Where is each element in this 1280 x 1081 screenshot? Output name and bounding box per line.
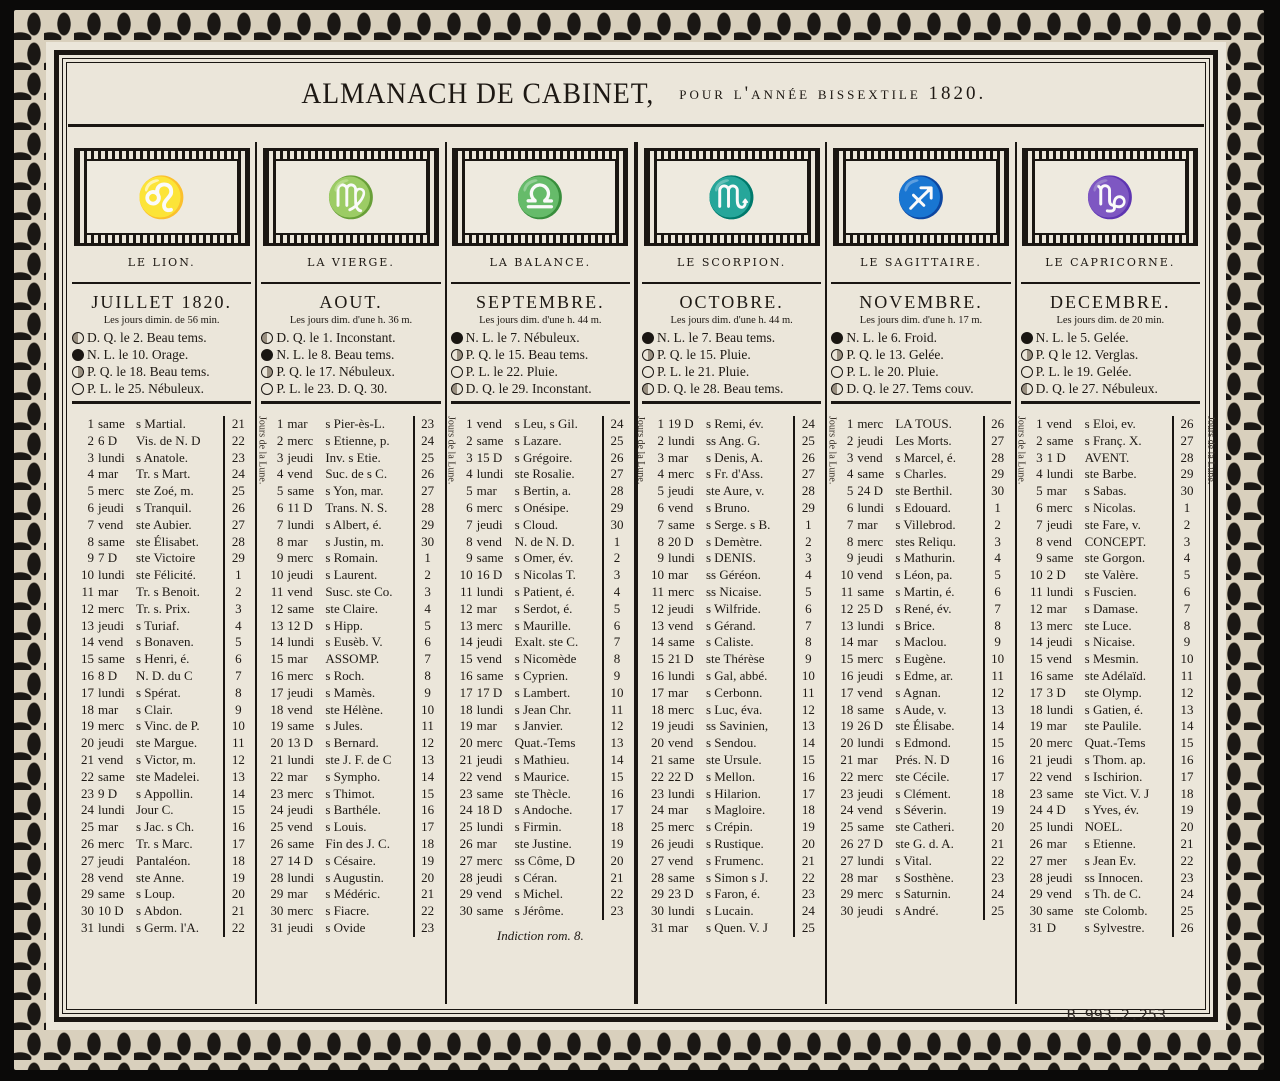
day-number: 3	[451, 450, 477, 467]
weekday: lundi	[477, 466, 515, 483]
moon-day: 25	[604, 433, 630, 450]
weekday: same	[1047, 433, 1085, 450]
moon-day: 4	[795, 567, 821, 584]
day-number: 28	[831, 870, 857, 887]
day-row: 28 mar s Sosthène.	[831, 870, 982, 887]
moon-day: 14	[985, 718, 1011, 735]
virgo-icon: ♍	[274, 159, 428, 235]
day-number: 19	[72, 718, 98, 735]
day-row: 30 same ste Colomb.	[1021, 903, 1172, 920]
weekday: merc	[857, 651, 895, 668]
weekday: same	[287, 601, 325, 618]
moon-day: 21	[604, 870, 630, 887]
weekday: vend	[1047, 769, 1085, 786]
moon-nl-icon	[451, 332, 463, 344]
day-row: 10 2 D ste Valère.	[1021, 567, 1172, 584]
moon-day: 22	[795, 870, 821, 887]
weekday: lundi	[857, 853, 895, 870]
saint-name: ste Berthil.	[895, 483, 982, 500]
day-number: 10	[642, 567, 668, 584]
moon-day: 3	[1174, 534, 1200, 551]
saint-name: s Roch.	[325, 668, 412, 685]
day-row: 5 24 D ste Berthil.	[831, 483, 982, 500]
moon-phase-text: N. L. le 7. Beau tems.	[657, 329, 775, 346]
day-number: 4	[1021, 466, 1047, 483]
day-number: 26	[642, 836, 668, 853]
weekday: jeudi	[857, 550, 895, 567]
day-number: 21	[261, 752, 287, 769]
moon-phase-row: P. Q. le 15. Pluie.	[642, 346, 821, 363]
saint-name: s Eloi, ev.	[1085, 416, 1172, 433]
day-row: 28 vend ste Anne.	[72, 870, 223, 887]
saint-name: s Gérand.	[706, 618, 793, 635]
saint-name: Prés. N. D	[895, 752, 982, 769]
saint-name: s Hipp.	[325, 618, 412, 635]
day-row: 26 same Fin des J. C.	[261, 836, 412, 853]
saint-name: Trans. N. S.	[325, 500, 412, 517]
moon-phase-row: D. Q. le 28. Beau tems.	[642, 380, 821, 397]
day-number: 23	[1021, 786, 1047, 803]
zodiac-vignette: ♌	[74, 148, 250, 246]
moon-phase-row: D. Q. le 29. Inconstant.	[451, 380, 630, 397]
saint-name: s Thimot.	[325, 786, 412, 803]
moon-day: 12	[225, 752, 251, 769]
day-number: 12	[451, 601, 477, 618]
moon-day-list: 2627282930123456789101112131415161718192…	[985, 416, 1011, 920]
day-row: 26 27 D ste G. d. A.	[831, 836, 982, 853]
weekday: same	[287, 718, 325, 735]
day-number: 15	[642, 651, 668, 668]
day-number: 27	[1021, 853, 1047, 870]
day-row: 11 mar Tr. s Benoit.	[72, 584, 223, 601]
saint-name: s Bonaven.	[136, 634, 223, 651]
saint-name: ste Félicité.	[136, 567, 223, 584]
moon-day: 24	[795, 903, 821, 920]
moon-day: 10	[795, 668, 821, 685]
zodiac-sign-name: LE CAPRICORNE.	[1021, 256, 1200, 284]
saint-name: s Clément.	[895, 786, 982, 803]
day-number: 20	[451, 735, 477, 752]
day-number: 30	[72, 903, 98, 920]
moon-dq-icon	[261, 332, 273, 344]
weekday: vend	[477, 886, 515, 903]
moon-day: 26	[795, 450, 821, 467]
day-number: 3	[261, 450, 287, 467]
moon-dq-icon	[642, 383, 654, 395]
saint-name: s Demètre.	[706, 534, 793, 551]
weekday: lundi	[477, 819, 515, 836]
moon-phase-row: N. L. le 7. Beau tems.	[642, 329, 821, 346]
saint-name: s Serge. s B.	[706, 517, 793, 534]
moon-day: 28	[604, 483, 630, 500]
saint-name: s Médéric.	[325, 886, 412, 903]
day-row: 1 merc LA TOUS.	[831, 416, 982, 433]
day-row: 7 lundi s Albert, é.	[261, 517, 412, 534]
moon-day: 29	[415, 517, 441, 534]
day-number: 11	[642, 584, 668, 601]
moon-day: 12	[1174, 685, 1200, 702]
weekday: same	[98, 886, 136, 903]
moon-phase-text: D. Q. le 28. Beau tems.	[657, 380, 783, 397]
weekday: 25 D	[857, 601, 895, 618]
day-number: 26	[261, 836, 287, 853]
day-number: 18	[642, 702, 668, 719]
moon-day: 28	[795, 483, 821, 500]
saint-name: ASSOMP.	[325, 651, 412, 668]
day-number: 20	[261, 735, 287, 752]
weekday: vend	[477, 651, 515, 668]
moon-day: 5	[795, 584, 821, 601]
moon-day: 10	[415, 702, 441, 719]
day-row: 8 20 D s Demètre.	[642, 534, 793, 551]
day-number: 4	[72, 466, 98, 483]
moon-phase-row: N. L. le 5. Gelée.	[1021, 329, 1200, 346]
saint-name: s Turiaf.	[136, 618, 223, 635]
moon-phase-row: D. Q. le 27. Tems couv.	[831, 380, 1010, 397]
moon-phase-text: P. L. le 25. Nébuleux.	[87, 380, 204, 397]
weekday: same	[857, 466, 895, 483]
day-row: 23 9 D s Appollin.	[72, 786, 223, 803]
saint-name: ste Anne.	[136, 870, 223, 887]
saint-name: s Frumenc.	[706, 853, 793, 870]
day-table: 1 mar s Pier-ès-L. 2 merc s Etienne, p. …	[261, 416, 440, 937]
saint-name: s Bertin, a.	[515, 483, 602, 500]
month-name: SEPTEMBRE.	[451, 292, 630, 313]
day-row: 31 mar s Quen. V. J	[642, 920, 793, 937]
page-title: ALMANACH DE CABINET,	[301, 77, 654, 111]
day-number: 2	[1021, 433, 1047, 450]
moon-phase-row: D. Q. le 2. Beau tems.	[72, 329, 251, 346]
moon-phase-row: P. Q. le 18. Beau tems.	[72, 363, 251, 380]
moon-pq-icon	[451, 349, 463, 361]
moon-dq-icon	[1021, 383, 1033, 395]
day-row: 31 lundi s Germ. l'A.	[72, 920, 223, 937]
weekday: jeudi	[857, 433, 895, 450]
weekday: jeudi	[98, 853, 136, 870]
moon-phase-text: N. L. le 10. Orage.	[87, 346, 188, 363]
month-name: OCTOBRE.	[642, 292, 821, 313]
weekday: lundi	[857, 500, 895, 517]
saint-name: s Maurille.	[515, 618, 602, 635]
day-number: 1	[261, 416, 287, 433]
weekday: 21 D	[668, 651, 706, 668]
moon-day: 1	[415, 550, 441, 567]
moon-dq-icon	[72, 332, 84, 344]
weekday: merc	[668, 819, 706, 836]
day-number: 18	[261, 702, 287, 719]
day-number: 30	[1021, 903, 1047, 920]
saint-name: s Yves, év.	[1085, 802, 1172, 819]
moon-day: 14	[225, 786, 251, 803]
moon-day: 28	[415, 500, 441, 517]
day-row: 14 mar s Maclou.	[831, 634, 982, 651]
day-row: 1 mar s Pier-ès-L.	[261, 416, 412, 433]
day-number: 16	[451, 668, 477, 685]
moon-day: 15	[1174, 735, 1200, 752]
saint-name: s Eugène.	[895, 651, 982, 668]
day-row: 4 merc s Fr. d'Ass.	[642, 466, 793, 483]
day-row: 30 lundi s Lucain.	[642, 903, 793, 920]
moon-phases: D. Q. le 2. Beau tems. N. L. le 10. Orag…	[72, 329, 251, 404]
day-row: 9 merc s Romain.	[261, 550, 412, 567]
weekday: 4 D	[1047, 802, 1085, 819]
zodiac-glyph: ♎	[515, 174, 565, 221]
day-number: 24	[72, 802, 98, 819]
moon-day: 29	[795, 500, 821, 517]
day-number: 8	[1021, 534, 1047, 551]
saint-name: s Cyprien.	[515, 668, 602, 685]
day-number: 29	[642, 886, 668, 903]
weekday: jeudi	[668, 836, 706, 853]
saint-name: s Omer, év.	[515, 550, 602, 567]
moon-day: 13	[795, 718, 821, 735]
weekday: lundi	[1047, 702, 1085, 719]
day-table: 1 merc LA TOUS. 2 jeudi Les Morts. 3 ven…	[831, 416, 1010, 920]
weekday: merc	[477, 618, 515, 635]
day-row: 15 mar ASSOMP.	[261, 651, 412, 668]
weekday: lundi	[98, 685, 136, 702]
weekday: same	[98, 534, 136, 551]
day-number: 27	[642, 853, 668, 870]
saint-name: ste G. d. A.	[895, 836, 982, 853]
saint-name: s Onésipe.	[515, 500, 602, 517]
day-number: 20	[831, 735, 857, 752]
saint-name: s Lazare.	[515, 433, 602, 450]
moon-day: 24	[795, 416, 821, 433]
weekday: lundi	[668, 903, 706, 920]
moon-day: 5	[225, 634, 251, 651]
saint-name: AVENT.	[1085, 450, 1172, 467]
day-row: 1 vend s Leu, s Gil.	[451, 416, 602, 433]
weekday: mar	[1047, 718, 1085, 735]
saint-name: s Maclou.	[895, 634, 982, 651]
day-row: 15 merc s Eugène.	[831, 651, 982, 668]
weekday: jeudi	[287, 802, 325, 819]
weekday: mar	[98, 584, 136, 601]
moon-day: 9	[415, 685, 441, 702]
moon-day-list: 2425262728293012345678910111213141516171…	[604, 416, 630, 920]
day-table: 1 vend s Leu, s Gil. 2 same s Lazare. 3 …	[451, 416, 630, 920]
day-row: 4 mar Tr. s Mart.	[72, 466, 223, 483]
moon-day: 15	[985, 735, 1011, 752]
day-number: 1	[831, 416, 857, 433]
weekday: 11 D	[287, 500, 325, 517]
saint-name: s Césaire.	[325, 853, 412, 870]
weekday: same	[1047, 668, 1085, 685]
weekday: jeudi	[477, 752, 515, 769]
moon-day: 20	[225, 886, 251, 903]
day-row: 29 vend s Th. de C.	[1021, 886, 1172, 903]
day-row: 12 mar s Serdot, é.	[451, 601, 602, 618]
weekday: same	[98, 416, 136, 433]
day-row: 19 same s Jules.	[261, 718, 412, 735]
moon-day: 20	[415, 870, 441, 887]
moon-day: 20	[985, 819, 1011, 836]
saint-name: s Firmin.	[515, 819, 602, 836]
day-length-note: Les jours dim. d'une h. 17 m.	[831, 315, 1010, 326]
day-row: 13 merc ste Luce.	[1021, 618, 1172, 635]
moon-day: 10	[1174, 651, 1200, 668]
weekday: lundi	[98, 920, 136, 937]
day-number: 9	[261, 550, 287, 567]
saint-name: s Edmond.	[895, 735, 982, 752]
moon-phase-text: D. Q. le 1. Inconstant.	[276, 329, 395, 346]
lion-icon: ♌	[85, 159, 239, 235]
saint-name: s Vinc. de P.	[136, 718, 223, 735]
moon-day: 7	[225, 668, 251, 685]
saint-name: ss Géréon.	[706, 567, 793, 584]
day-number: 26	[72, 836, 98, 853]
weekday: 23 D	[668, 886, 706, 903]
day-row: 24 4 D s Yves, év.	[1021, 802, 1172, 819]
moon-day: 13	[1174, 702, 1200, 719]
moon-day: 26	[604, 450, 630, 467]
weekday: vend	[668, 735, 706, 752]
weekday: vend	[98, 752, 136, 769]
saint-name: LA TOUS.	[895, 416, 982, 433]
moon-pl-icon	[72, 383, 84, 395]
saint-name: s Tranquil.	[136, 500, 223, 517]
day-list: 1 merc LA TOUS. 2 jeudi Les Morts. 3 ven…	[831, 416, 984, 920]
day-row: 6 merc s Nicolas.	[1021, 500, 1172, 517]
day-row: 16 jeudi s Edme, ar.	[831, 668, 982, 685]
weekday: jeudi	[1047, 752, 1085, 769]
moon-phase-row: P. L. le 22. Pluie.	[451, 363, 630, 380]
day-row: 23 same ste Thècle.	[451, 786, 602, 803]
day-row: 12 merc Tr. s. Prix.	[72, 601, 223, 618]
saint-name: s Saturnin.	[895, 886, 982, 903]
day-row: 5 mar s Sabas.	[1021, 483, 1172, 500]
saint-name: s Germ. l'A.	[136, 920, 223, 937]
day-number: 16	[1021, 668, 1047, 685]
month-column: ♌ LE LION.JUILLET 1820.Les jours dimin. …	[68, 142, 257, 1004]
moon-day: 16	[1174, 752, 1200, 769]
day-number: 9	[642, 550, 668, 567]
day-row: 24 lundi Jour C.	[72, 802, 223, 819]
saint-name: ste Victoire	[136, 550, 223, 567]
day-row: 21 same ste Ursule.	[642, 752, 793, 769]
saint-name: N. D. du C	[136, 668, 223, 685]
day-number: 15	[1021, 651, 1047, 668]
day-number: 23	[261, 786, 287, 803]
weekday: 6 D	[98, 433, 136, 450]
day-number: 18	[451, 702, 477, 719]
weekday: mar	[857, 634, 895, 651]
moon-day: 8	[985, 618, 1011, 635]
day-number: 4	[642, 466, 668, 483]
saint-name: s Patient, é.	[515, 584, 602, 601]
day-number: 21	[642, 752, 668, 769]
moon-day: 12	[604, 718, 630, 735]
saint-name: s Anatole.	[136, 450, 223, 467]
day-number: 11	[1021, 584, 1047, 601]
weekday: mar	[477, 718, 515, 735]
moon-phase-text: D. Q. le 27. Nébuleux.	[1036, 380, 1158, 397]
saint-name: s Mathieu.	[515, 752, 602, 769]
saint-name: s Sabas.	[1085, 483, 1172, 500]
moon-day: 27	[985, 433, 1011, 450]
saint-name: s Lambert.	[515, 685, 602, 702]
moon-day: 22	[1174, 853, 1200, 870]
moon-day: 3	[985, 534, 1011, 551]
weekday: merc	[857, 886, 895, 903]
saint-name: Tr. s Mart.	[136, 466, 223, 483]
day-row: 8 merc stes Reliqu.	[831, 534, 982, 551]
moon-day: 16	[604, 786, 630, 803]
day-row: 25 lundi s Firmin.	[451, 819, 602, 836]
weekday: lundi	[477, 702, 515, 719]
day-number: 17	[1021, 685, 1047, 702]
day-row: 29 merc s Saturnin.	[831, 886, 982, 903]
saint-name: s Aude, v.	[895, 702, 982, 719]
day-row: 3 1 D AVENT.	[1021, 450, 1172, 467]
day-number: 15	[831, 651, 857, 668]
day-row: 27 jeudi Pantaléon.	[72, 853, 223, 870]
moon-phase-text: D. Q. le 2. Beau tems.	[87, 329, 207, 346]
day-row: 24 vend s Séverin.	[831, 802, 982, 819]
saint-name: ste Adélaïd.	[1085, 668, 1172, 685]
day-number: 5	[451, 483, 477, 500]
saint-name: s Clair.	[136, 702, 223, 719]
day-row: 7 jeudi s Cloud.	[451, 517, 602, 534]
weekday: jeudi	[668, 483, 706, 500]
weekday: 3 D	[1047, 685, 1085, 702]
day-row: 4 vend Suc. de s C.	[261, 466, 412, 483]
day-row: 2 merc s Etienne, p.	[261, 433, 412, 450]
day-number: 17	[72, 685, 98, 702]
day-row: 22 mar s Sympho.	[261, 769, 412, 786]
saint-name: s Albert, é.	[325, 517, 412, 534]
saint-name: s Yon, mar.	[325, 483, 412, 500]
day-number: 26	[1021, 836, 1047, 853]
saint-name: s Janvier.	[515, 718, 602, 735]
weekday: vend	[1047, 534, 1085, 551]
day-number: 10	[451, 567, 477, 584]
day-number: 9	[451, 550, 477, 567]
day-row: 11 lundi s Fuscien.	[1021, 584, 1172, 601]
day-number: 7	[642, 517, 668, 534]
day-number: 5	[642, 483, 668, 500]
moon-day: 21	[225, 416, 251, 433]
saint-name: s Sosthène.	[895, 870, 982, 887]
saint-name: s Edouard.	[895, 500, 982, 517]
day-row: 31 jeudi s Ovide	[261, 920, 412, 937]
moon-day: 13	[604, 735, 630, 752]
moon-day: 16	[985, 752, 1011, 769]
weekday: jeudi	[98, 618, 136, 635]
day-row: 26 merc Tr. s Marc.	[72, 836, 223, 853]
day-number: 2	[72, 433, 98, 450]
day-number: 3	[72, 450, 98, 467]
weekday: same	[857, 584, 895, 601]
day-number: 13	[451, 618, 477, 635]
day-number: 3	[831, 450, 857, 467]
moon-day: 21	[1174, 836, 1200, 853]
day-number: 13	[261, 618, 287, 635]
day-number: 5	[72, 483, 98, 500]
day-number: 28	[261, 870, 287, 887]
moon-phase-row: N. L. le 7. Nébuleux.	[451, 329, 630, 346]
moon-day: 4	[225, 618, 251, 635]
day-row: 13 12 D s Hipp.	[261, 618, 412, 635]
day-row: 10 jeudi s Laurent.	[261, 567, 412, 584]
day-number: 22	[451, 769, 477, 786]
day-row: 26 mar ste Justine.	[451, 836, 602, 853]
moon-day: 9	[795, 651, 821, 668]
saint-name: s André.	[895, 903, 982, 920]
day-number: 23	[831, 786, 857, 803]
moon-pl-icon	[451, 366, 463, 378]
